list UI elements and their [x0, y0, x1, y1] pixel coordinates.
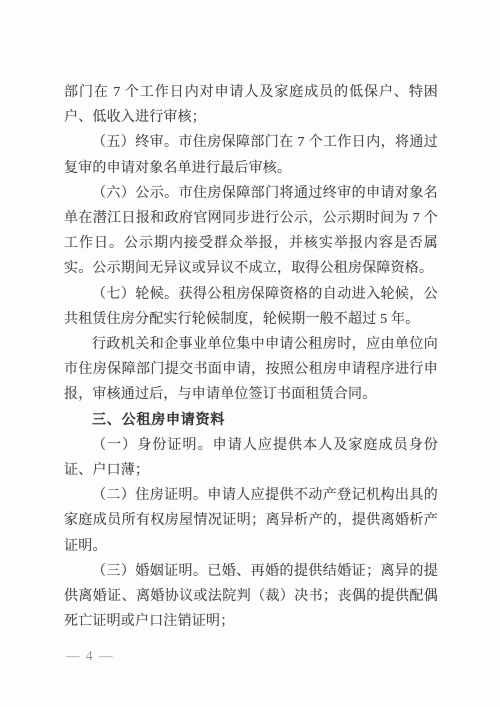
para-item-5-final-review: （五）终审。市住房保障部门在 7 个工作日内，将通过复审的申请对象名单进行最后审… — [64, 130, 438, 180]
para-material-2-housing-proof: （二）住房证明。申请人应提供不动产登记机构出具的家庭成员所有权房屋情况证明；离异… — [64, 483, 438, 559]
para-material-1-identity-proof: （一）身份证明。申请人应提供本人及家庭成员身份证、户口薄； — [64, 433, 438, 483]
para-material-3-marriage-proof: （三）婚姻证明。已婚、再婚的提供结婚证；离异的提供离婚证、离婚协议或法院判（裁）… — [64, 559, 438, 635]
section-heading-application-materials: 三、公租房申请资料 — [64, 408, 438, 433]
para-item-7-waiting-list: （七）轮候。获得公租房保障资格的自动进入轮候，公共租赁住房分配实行轮候制度，轮候… — [64, 282, 438, 332]
document-page: 部门在 7 个工作日内对申请人及家庭成员的低保户、特困户、低收入进行审核； （五… — [0, 0, 500, 707]
page-number: — 4 — — [66, 648, 114, 664]
document-body: 部门在 7 个工作日内对申请人及家庭成员的低保户、特困户、低收入进行审核； （五… — [64, 80, 438, 634]
para-org-collective-application: 行政机关和企事业单位集中申请公租房时，应由单位向市住房保障部门提交书面申请，按照… — [64, 332, 438, 408]
para-low-income-review-continuation: 部门在 7 个工作日内对申请人及家庭成员的低保户、特困户、低收入进行审核； — [64, 80, 438, 130]
para-item-6-public-notice: （六）公示。市住房保障部门将通过终审的申请对象名单在潜江日报和政府官网同步进行公… — [64, 181, 438, 282]
